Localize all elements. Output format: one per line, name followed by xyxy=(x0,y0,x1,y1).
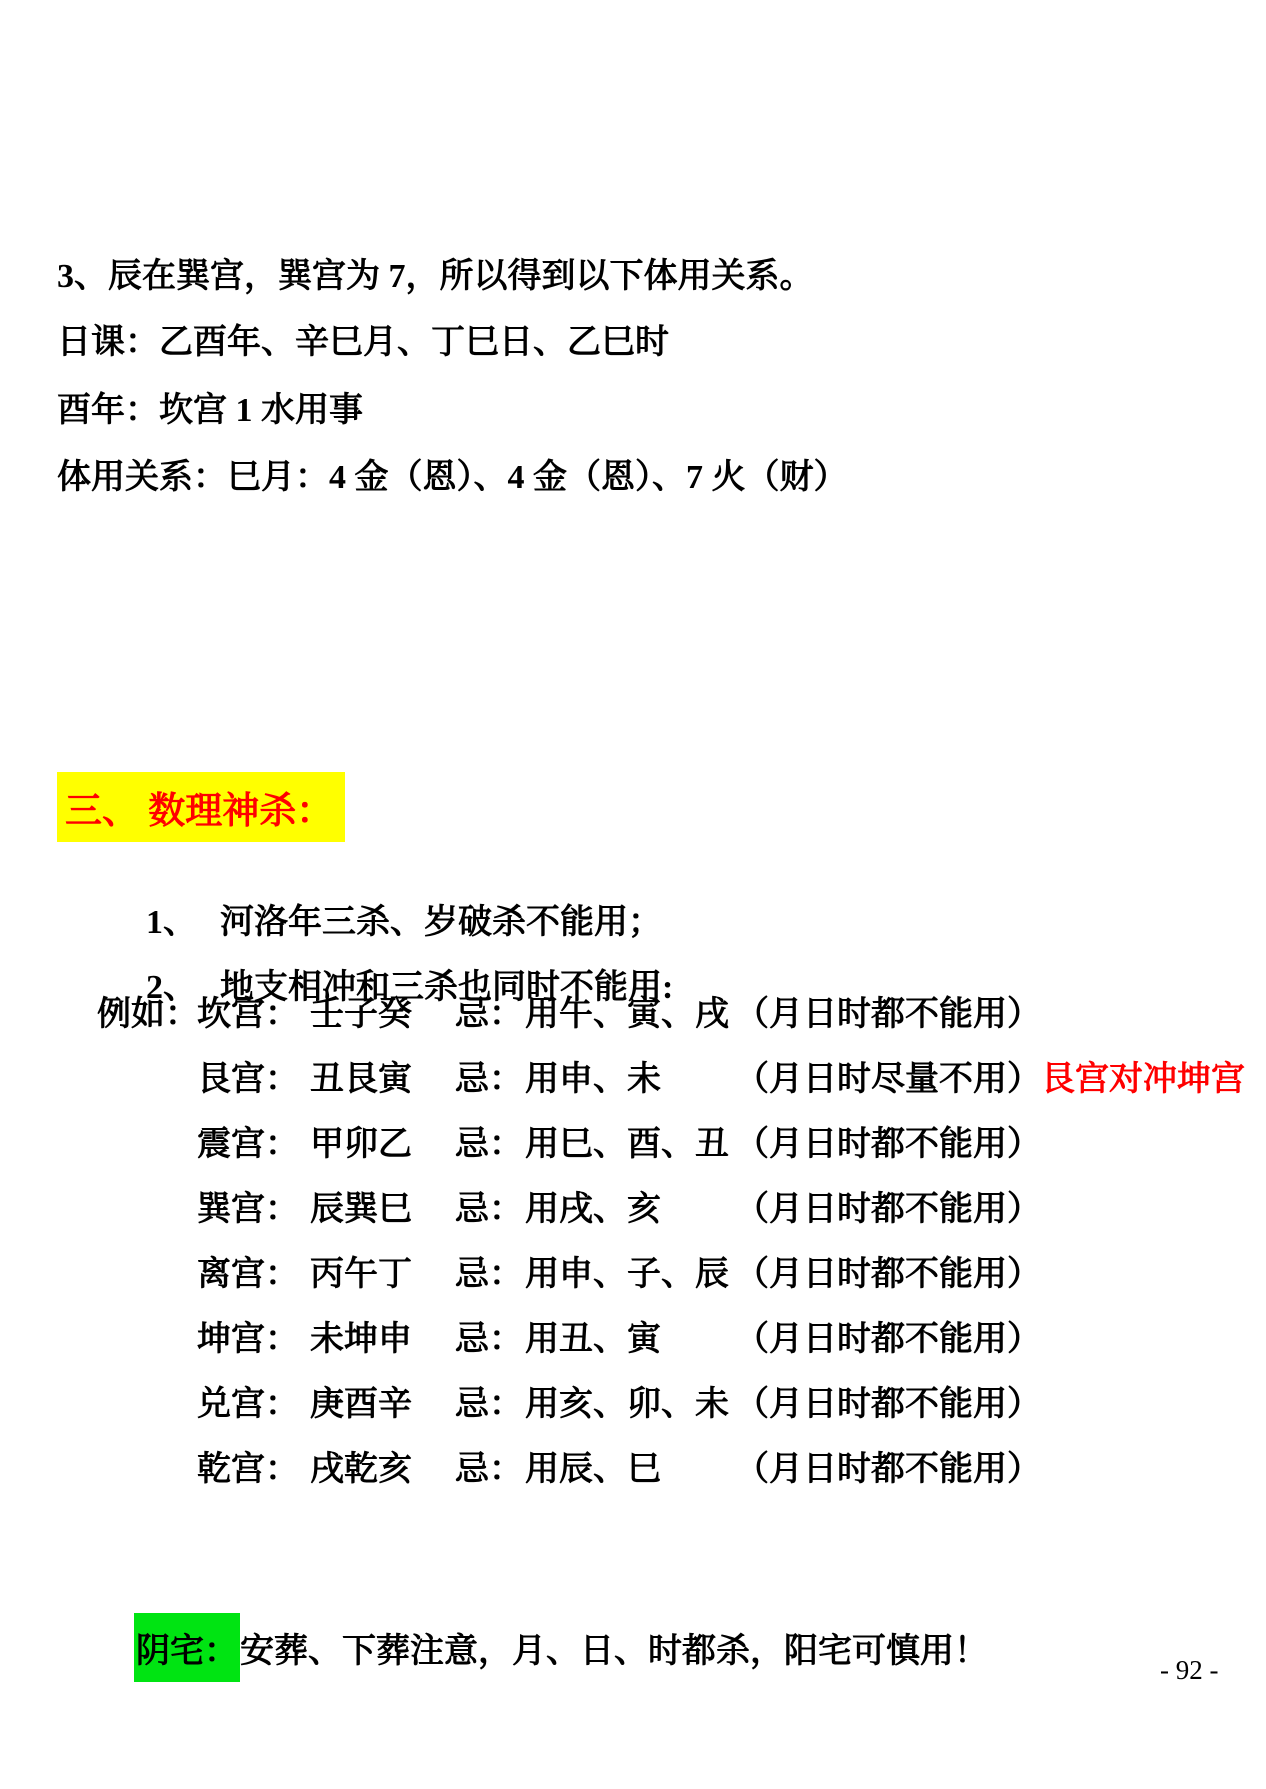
avoid-list: 用申、子、辰 xyxy=(525,1246,735,1295)
avoid-paren: （月日时都不能用） xyxy=(735,1441,1041,1490)
document-page: 3、辰在巽宫，巽宫为 7，所以得到以下体用关系。 日课：乙酉年、辛巳月、丁巳日、… xyxy=(0,0,1266,1789)
palace-stems: 庚酉辛 xyxy=(310,1376,455,1425)
avoid-paren: （月日时都不能用） xyxy=(735,986,1041,1035)
avoid-label: 忌： xyxy=(455,1181,525,1230)
section-heading-highlight: 三、 数理神杀： xyxy=(57,772,345,842)
avoid-label: 忌： xyxy=(455,1311,525,1360)
palace-stems: 丑艮寅 xyxy=(310,1051,455,1100)
example-row-dui: 兑宫： 庚酉辛 忌： 用亥、卯、未 （月日时都不能用） xyxy=(97,1368,1245,1433)
palace-name: 离宫： xyxy=(197,1246,310,1295)
yinzhai-text: 安葬、下葬注意，月、日、时都杀，阳宅可慎用！ xyxy=(240,1633,988,1670)
avoid-paren: （月日时都不能用） xyxy=(735,1181,1041,1230)
avoid-list: 用午、寅、戌 xyxy=(525,986,735,1035)
palace-name: 巽宫： xyxy=(197,1181,310,1230)
intro-line-1: 3、辰在巽宫，巽宫为 7，所以得到以下体用关系。 xyxy=(57,256,814,299)
avoid-list: 用丑、寅 xyxy=(525,1311,735,1360)
palace-stems: 壬子癸 xyxy=(310,986,455,1035)
example-prefix: 例如： xyxy=(97,986,197,1035)
avoid-list: 用申、未 xyxy=(525,1051,735,1100)
palace-name: 艮宫： xyxy=(197,1051,310,1100)
palace-stems: 丙午丁 xyxy=(310,1246,455,1295)
example-table: 例如： 坎宫： 壬子癸 忌： 用午、寅、戌 （月日时都不能用） 艮宫： 丑艮寅 … xyxy=(97,978,1245,1498)
example-row-gen: 艮宫： 丑艮寅 忌： 用申、未 （月日时尽量不用） 艮宫对冲坤宫 xyxy=(97,1043,1245,1108)
example-row-li: 离宫： 丙午丁 忌： 用申、子、辰 （月日时都不能用） xyxy=(97,1238,1245,1303)
red-note: 艮宫对冲坤宫 xyxy=(1041,1051,1245,1100)
page-number: - 92 - xyxy=(1160,1655,1218,1686)
example-row-zhen: 震宫： 甲卯乙 忌： 用巳、酉、丑 （月日时都不能用） xyxy=(97,1108,1245,1173)
palace-name: 兑宫： xyxy=(197,1376,310,1425)
avoid-list: 用亥、卯、未 xyxy=(525,1376,735,1425)
example-row-xun: 巽宫： 辰巽巳 忌： 用戌、亥 （月日时都不能用） xyxy=(97,1173,1245,1238)
avoid-list: 用辰、巳 xyxy=(525,1441,735,1490)
palace-stems: 戌乾亥 xyxy=(310,1441,455,1490)
palace-name: 坤宫： xyxy=(197,1311,310,1360)
palace-name: 坎宫： xyxy=(197,986,310,1035)
example-row-kun: 坤宫： 未坤申 忌： 用丑、寅 （月日时都不能用） xyxy=(97,1303,1245,1368)
palace-stems: 辰巽巳 xyxy=(310,1181,455,1230)
avoid-label: 忌： xyxy=(455,1116,525,1165)
avoid-paren: （月日时都不能用） xyxy=(735,1116,1041,1165)
palace-stems: 未坤申 xyxy=(310,1311,455,1360)
palace-name: 乾宫： xyxy=(197,1441,310,1490)
avoid-label: 忌： xyxy=(455,1441,525,1490)
yinzhai-highlight: 阴宅： xyxy=(134,1613,240,1682)
avoid-paren: （月日时都不能用） xyxy=(735,1311,1041,1360)
intro-line-3: 酉年：坎宫 1 水用事 xyxy=(57,390,363,433)
palace-name: 震宫： xyxy=(197,1116,310,1165)
intro-line-4: 体用关系：巳月：4 金（恩）、4 金（恩）、7 火（财） xyxy=(57,457,848,500)
yinzhai-note: 阴宅：安葬、下葬注意，月、日、时都杀，阳宅可慎用！ xyxy=(100,1575,988,1720)
avoid-paren: （月日时都不能用） xyxy=(735,1376,1041,1425)
avoid-label: 忌： xyxy=(455,1376,525,1425)
avoid-paren: （月日时都不能用） xyxy=(735,1246,1041,1295)
section-heading: 三、 数理神杀： xyxy=(57,772,345,842)
avoid-list: 用巳、酉、丑 xyxy=(525,1116,735,1165)
avoid-list: 用戌、亥 xyxy=(525,1181,735,1230)
intro-line-2: 日课：乙酉年、辛巳月、丁巳日、乙巳时 xyxy=(57,322,669,365)
avoid-label: 忌： xyxy=(455,986,525,1035)
palace-stems: 甲卯乙 xyxy=(310,1116,455,1165)
avoid-paren: （月日时尽量不用） xyxy=(735,1051,1041,1100)
example-row-qian: 乾宫： 戌乾亥 忌： 用辰、巳 （月日时都不能用） xyxy=(97,1433,1245,1498)
avoid-label: 忌： xyxy=(455,1051,525,1100)
avoid-label: 忌： xyxy=(455,1246,525,1295)
example-row-kan: 例如： 坎宫： 壬子癸 忌： 用午、寅、戌 （月日时都不能用） xyxy=(97,978,1245,1043)
